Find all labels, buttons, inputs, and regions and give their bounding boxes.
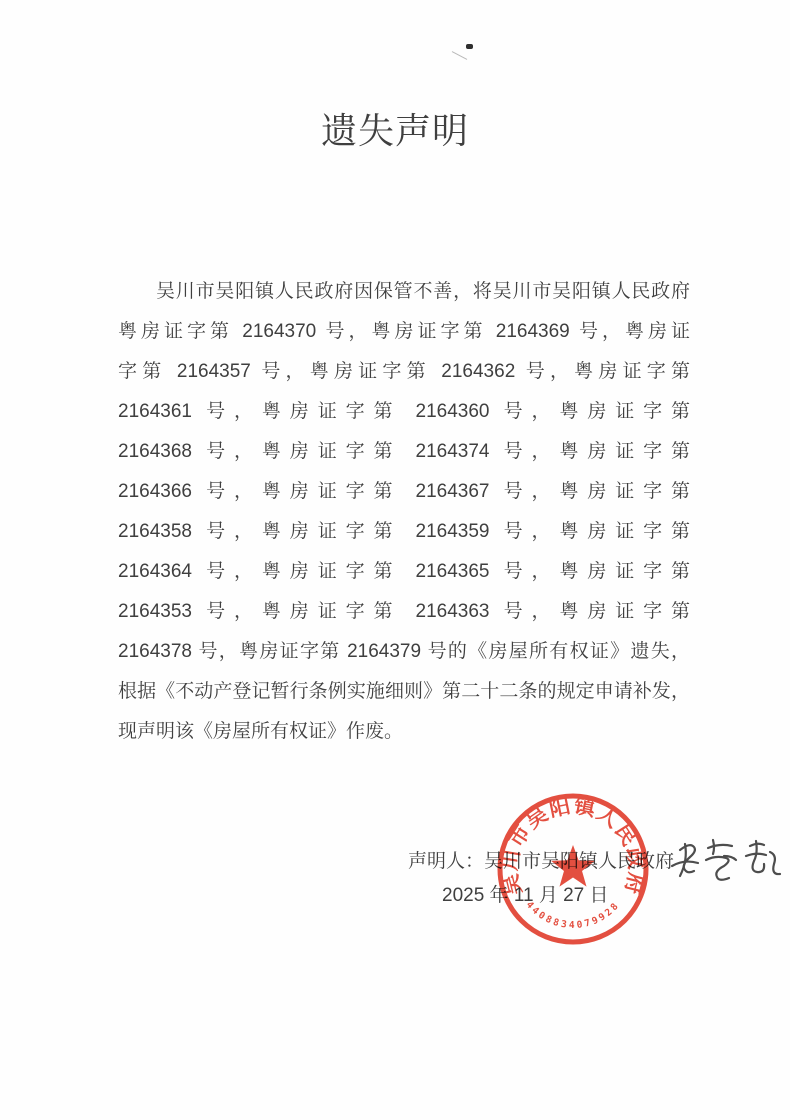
body-line: 2164358 号，粤房证字第 2164359 号，粤房证字第	[118, 512, 690, 552]
body-line: 2164368 号，粤房证字第 2164374 号，粤房证字第	[118, 432, 690, 472]
body-line: 根据《不动产登记暂行条例实施细则》第二十二条的规定申请补发，	[118, 672, 690, 712]
body-line: 2164353 号，粤房证字第 2164363 号，粤房证字第	[118, 592, 690, 632]
declarant-line: 声明人：吴川市吴阳镇人民政府	[408, 849, 674, 875]
declaration-paragraph: 吴川市吴阳镇人民政府因保管不善，将吴川市吴阳镇人民政府 粤房证字第 216437…	[118, 272, 690, 752]
scan-speck-hairline	[452, 51, 467, 60]
body-line: 吴川市吴阳镇人民政府因保管不善，将吴川市吴阳镇人民政府	[118, 272, 690, 312]
body-line: 现声明该《房屋所有权证》作废。	[118, 712, 690, 752]
page-title: 遗失声明	[0, 103, 790, 154]
date-line: 2025 年 11 月 27 日	[442, 883, 609, 909]
signature-strokes	[666, 836, 784, 902]
body-line: 粤房证字第 2164370 号，粤房证字第 2164369 号，粤房证	[118, 312, 690, 352]
body-line: 2164378 号，粤房证字第 2164379 号的《房屋所有权证》遗失，	[118, 632, 690, 672]
scan-speck	[466, 44, 473, 49]
document-page: 遗失声明 吴川市吴阳镇人民政府因保管不善，将吴川市吴阳镇人民政府 粤房证字第 2…	[0, 0, 790, 1120]
handwritten-signature	[666, 836, 784, 902]
body-line: 字第 2164357 号，粤房证字第 2164362 号，粤房证字第	[118, 352, 690, 392]
body-line: 2164364 号，粤房证字第 2164365 号，粤房证字第	[118, 552, 690, 592]
body-line: 2164366 号，粤房证字第 2164367 号，粤房证字第	[118, 472, 690, 512]
body-line: 2164361 号，粤房证字第 2164360 号，粤房证字第	[118, 392, 690, 432]
